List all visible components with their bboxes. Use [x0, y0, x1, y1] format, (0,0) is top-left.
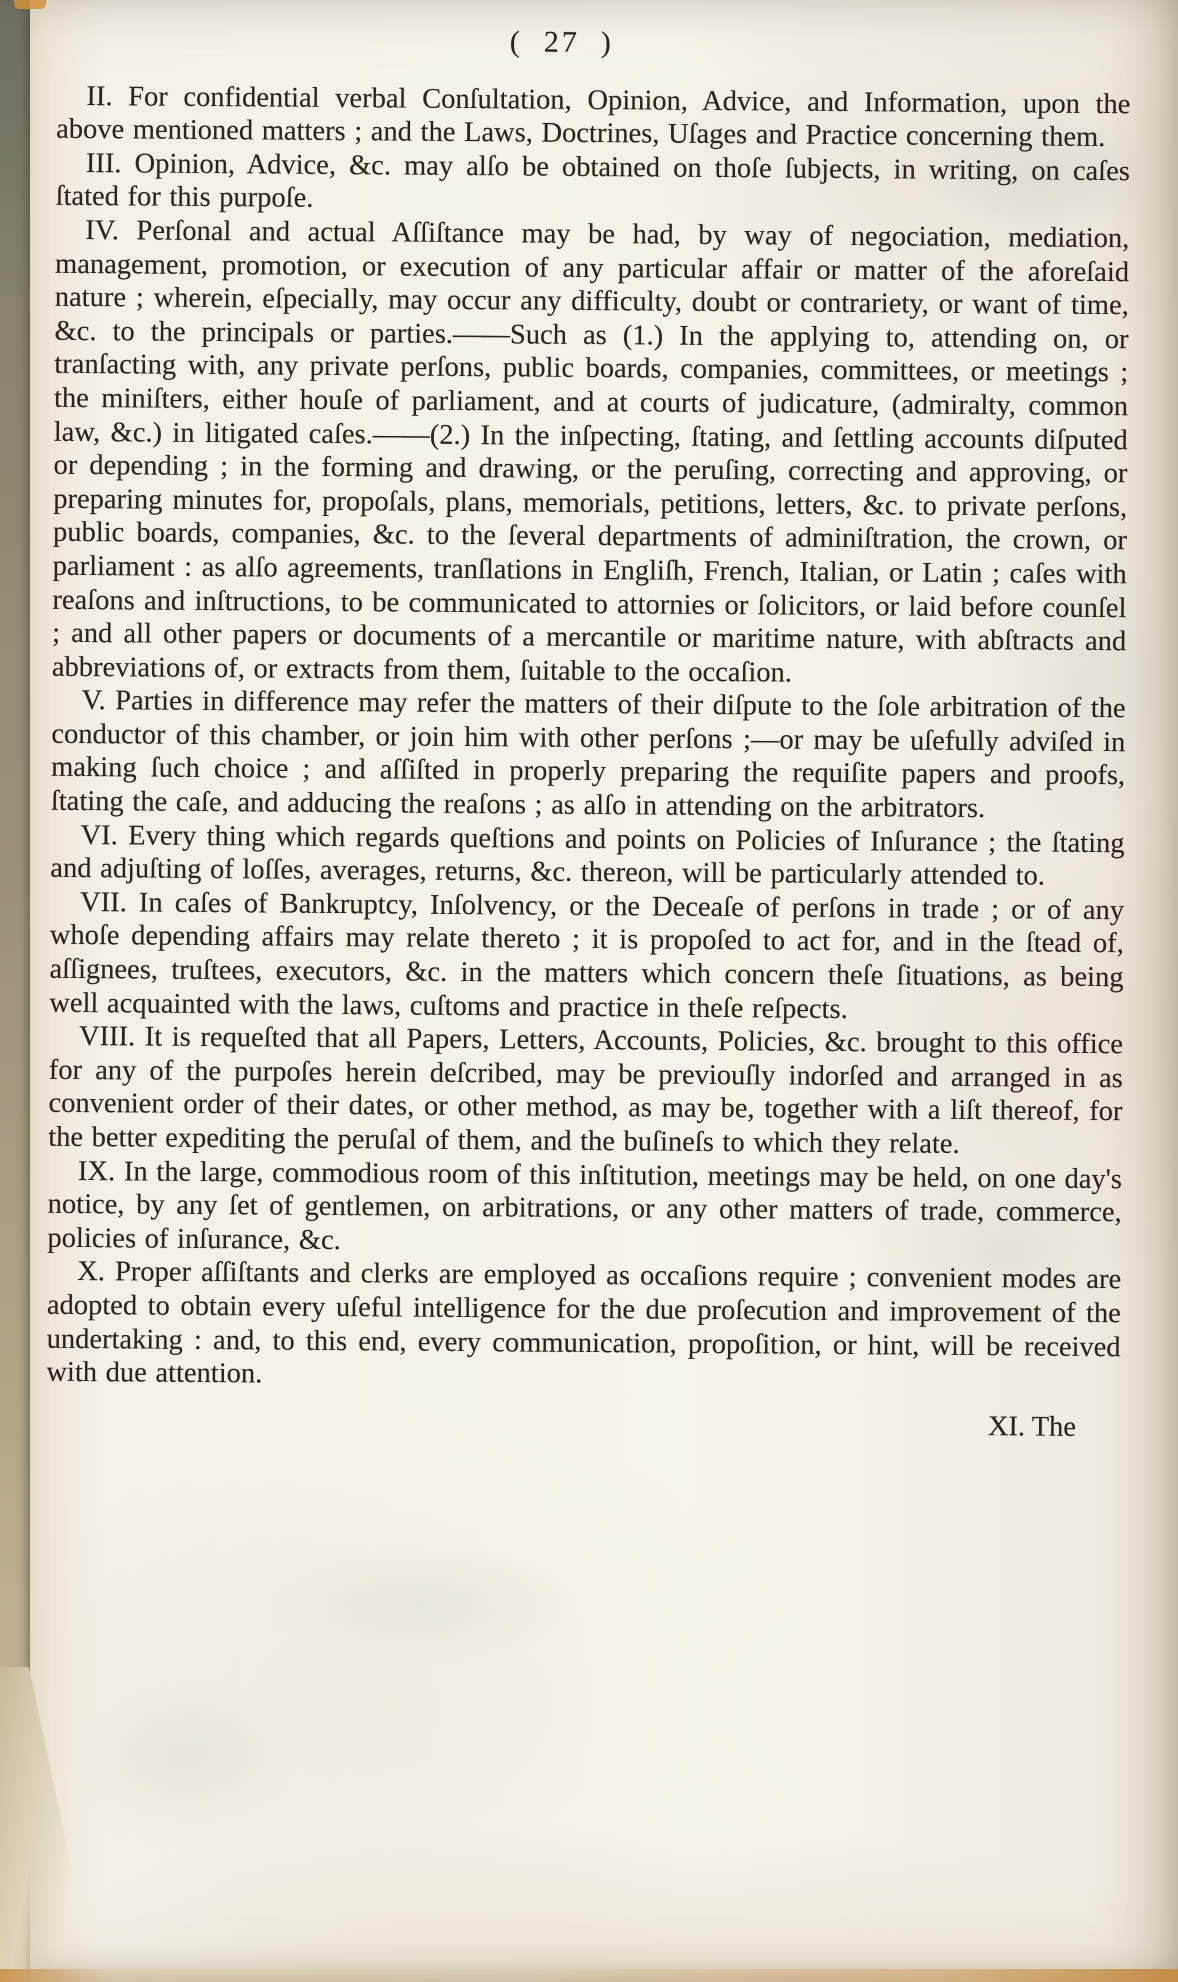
- paragraph: IX. In the large, commodious room of thi…: [47, 1154, 1122, 1263]
- paragraph: II. For confidential verbal Conſultation…: [56, 79, 1130, 155]
- paragraph: IV. Perſonal and actual Aſſiſtance may b…: [52, 214, 1130, 693]
- book-spine-edge: [0, 0, 30, 1982]
- paragraph: VII. In caſes of Bankruptcy, Inſolvency,…: [49, 886, 1124, 1029]
- page-edge-speck: [14, 0, 46, 9]
- book-page-scan: ( 27 ) II. For confidential verbal Conſu…: [0, 0, 1178, 1982]
- catchword: XI. The: [46, 1402, 1120, 1444]
- paragraph: VI. Every thing which regards queſtions …: [50, 818, 1124, 894]
- ink-showthrough-smudge: [70, 1680, 300, 1830]
- ink-showthrough-smudge: [260, 1545, 580, 1665]
- paragraph: X. Proper aſſiſtants and clerks are empl…: [46, 1255, 1121, 1398]
- page-number: ( 27 ): [25, 22, 1099, 64]
- paragraph: VIII. It is requeſted that all Papers, L…: [48, 1020, 1123, 1163]
- paragraph: V. Parties in difference may refer the m…: [51, 684, 1126, 827]
- page-content: ( 27 ) II. For confidential verbal Conſu…: [46, 22, 1131, 1445]
- paragraph: III. Opinion, Advice, &c. may alſo be ob…: [56, 147, 1130, 223]
- page-bottom-edge: [0, 1969, 1178, 1982]
- body-text: II. For confidential verbal Conſultation…: [46, 79, 1130, 1398]
